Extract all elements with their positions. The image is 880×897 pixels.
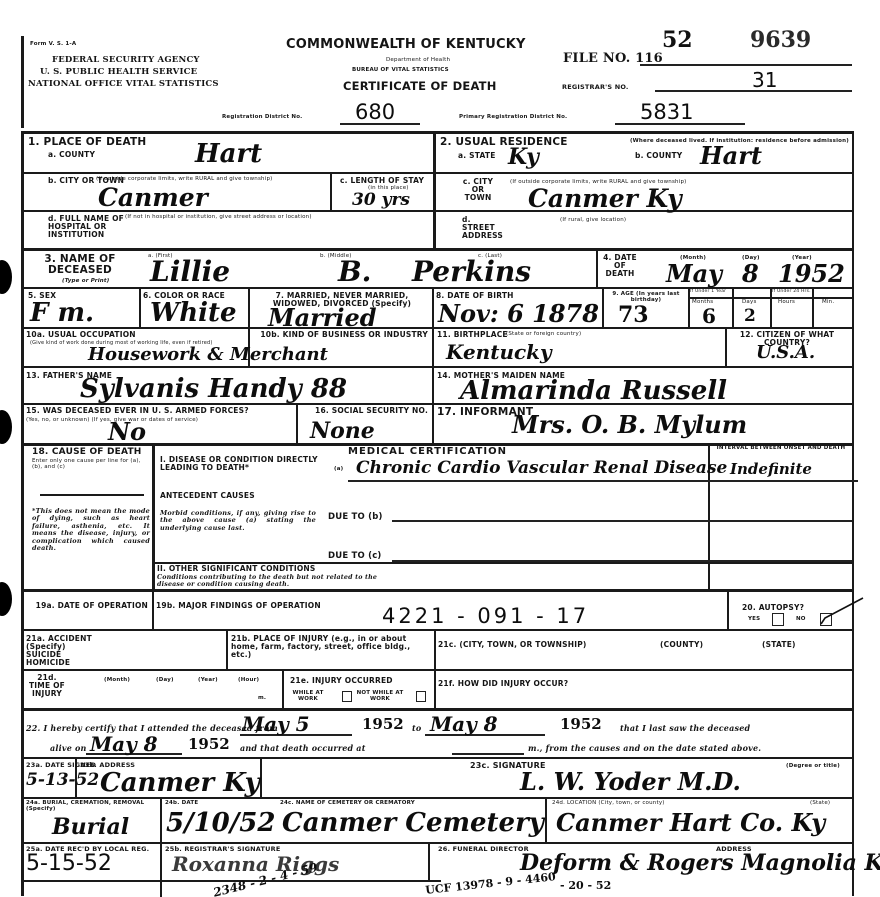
how-injury-label: 21f. HOW DID INJURY OCCUR?: [438, 680, 568, 688]
alive-on-year: 1952: [188, 737, 230, 752]
binder-hole: [0, 582, 12, 616]
registrars-no-label: REGISTRAR'S NO.: [562, 84, 629, 91]
occupation-value: Housework & Merchant: [88, 346, 328, 364]
binder-hole: [0, 410, 12, 444]
sex-value: F m.: [30, 300, 94, 326]
operation-findings-value: 4221 - 091 - 17: [382, 606, 589, 627]
autopsy-yes-checkbox[interactable]: [772, 613, 784, 626]
residence-street-note: (If rural, give location): [560, 218, 626, 224]
state-title: COMMONWEALTH OF KENTUCKY: [286, 38, 526, 52]
cemetery-label: 24c. NAME OF CEMETERY OR CREMATORY: [280, 801, 415, 807]
injury-day-label: (Day): [156, 678, 174, 684]
age-years-value: 73: [618, 304, 649, 326]
death-city-value: Canmer: [98, 185, 208, 210]
not-at-work-checkbox[interactable]: [416, 691, 426, 702]
birthplace-label: 11. BIRTHPLACE: [437, 331, 508, 339]
date-signed-value: 5-13-52: [26, 772, 99, 789]
dob-value: Nov: 6 1878: [438, 302, 599, 326]
min-label: Min.: [822, 300, 834, 306]
autopsy-yes-label: YES: [748, 617, 760, 623]
margin-note: UCF 13978 - 9 - 4460: [425, 871, 556, 896]
name-label-note: (Type or Print): [62, 279, 109, 285]
registration-district-label: Registration District No.: [222, 115, 302, 121]
operation-findings-label: 19b. MAJOR FINDINGS OF OPERATION: [156, 602, 321, 610]
armed-forces-value: No: [108, 420, 146, 444]
antecedent-label: ANTECEDENT CAUSES: [160, 492, 255, 500]
residence-street-label: d. STREET ADDRESS: [462, 216, 502, 240]
marital-value: Married: [268, 306, 377, 330]
attended-to-date: May 8: [430, 714, 498, 734]
margin-note: - 20 - 52: [560, 880, 611, 891]
cause-a-label: (a): [334, 467, 343, 473]
physician-signature: L. W. Yoder M.D.: [520, 770, 741, 794]
location-value: Canmer Hart Co. Ky: [556, 811, 825, 835]
death-month-value: May: [666, 262, 722, 286]
birthplace-note: (State or foreign country): [506, 332, 581, 338]
burial-value: Burial: [52, 816, 129, 838]
business-label: 10b. KIND OF BUSINESS OR INDUSTRY: [252, 331, 428, 339]
date-received-value: 5-15-52: [26, 853, 112, 875]
department: Department of Health: [386, 58, 450, 64]
address-value: Canmer Ky: [100, 770, 260, 796]
residence-city-label: c. CITY OR TOWN: [458, 178, 498, 202]
location-state-label: (State): [810, 801, 830, 807]
place-of-death-label: 1. PLACE OF DEATH: [28, 137, 146, 148]
injury-state-label: (STATE): [762, 641, 796, 649]
burial-date-label: 24b. DATE: [165, 801, 198, 807]
death-county-value: Hart: [195, 141, 262, 167]
county-label: a. COUNTY: [48, 151, 95, 159]
ssn-label: 16. SOCIAL SECURITY NO.: [300, 407, 428, 415]
usual-residence-label: 2. USUAL RESIDENCE: [440, 137, 568, 148]
place-of-injury-label: 21b. PLACE OF INJURY (e.g., in or about …: [231, 635, 431, 659]
under-24-hrs-label: If Under 24 Hrs.: [772, 290, 811, 295]
agency-line: NATIONAL OFFICE VITAL STATISTICS: [28, 80, 219, 89]
residence-state-value: Ky: [508, 146, 539, 168]
age-days-value: 2: [744, 308, 756, 325]
not-at-work-label: NOT WHILE AT WORK: [352, 691, 408, 703]
injury-occurred-label: 21e. INJURY OCCURRED: [290, 677, 393, 685]
bureau: BUREAU OF VITAL STATISTICS: [352, 68, 449, 74]
injury-hour-label: (Hour): [238, 678, 259, 684]
cause-a-value: Chronic Cardio Vascular Renal Disease: [356, 460, 727, 477]
stay-value: 30 yrs: [352, 192, 410, 209]
stamped-year: 52: [662, 27, 693, 53]
injury-year-label: (Year): [198, 678, 218, 684]
death-day-value: 8: [742, 262, 759, 286]
burial-date-value: 5/10/52: [166, 810, 275, 836]
antecedent-note: Morbid conditions, if any, giving rise t…: [160, 510, 316, 532]
informant-value: Mrs. O. B. Mylum: [512, 413, 747, 437]
location-label: 24d. LOCATION (City, town, or county): [552, 801, 665, 807]
cause-note: Enter only one cause per line for (a), (…: [32, 459, 150, 471]
part1-label: I. DISEASE OR CONDITION DIRECTLY LEADING…: [160, 456, 340, 472]
at-work-label: WHILE AT WORK: [288, 691, 328, 703]
stamped-number: 9639: [750, 27, 811, 53]
residence-county-value: Hart: [700, 144, 762, 168]
autopsy-no-checkbox[interactable]: [820, 613, 832, 626]
cemetery-value: Canmer Cemetery: [282, 810, 544, 836]
birthplace-value: Kentucky: [446, 342, 552, 362]
hours-label: Hours: [778, 300, 795, 306]
medical-certification-title: MEDICAL CERTIFICATION: [348, 447, 507, 458]
burial-label: 24a. BURIAL, CREMATION, REMOVAL (Specify…: [26, 801, 156, 813]
attestation-text-2: that I last saw the deceased: [620, 724, 750, 732]
agency-line: FEDERAL SECURITY AGENCY: [52, 56, 200, 65]
residence-county-label: b. COUNTY: [635, 152, 682, 160]
age-months-value: 6: [702, 306, 716, 326]
residence-city-value: Canmer Ky: [528, 186, 682, 211]
days-label: Days: [742, 300, 757, 306]
part2-label: II. OTHER SIGNIFICANT CONDITIONS: [157, 565, 316, 573]
middle-name-value: B.: [338, 258, 371, 286]
due-to-c-label: DUE TO (c): [328, 552, 382, 561]
due-to-b-label: DUE TO (b): [328, 513, 383, 522]
degree-label: (Degree or title): [786, 764, 840, 770]
date-of-death-label: 4. DATE OF DEATH: [600, 254, 640, 278]
time-of-injury-label: 21d. TIME OF INJURY: [26, 674, 68, 698]
attended-to-year: 1952: [560, 717, 602, 732]
race-value: White: [150, 300, 237, 326]
residence-state-label: a. STATE: [458, 152, 496, 160]
ssn-value: None: [310, 420, 375, 442]
first-name-value: Lillie: [150, 258, 230, 286]
registration-district: 680: [355, 102, 395, 123]
attended-from-date: May 5: [242, 714, 310, 734]
accident-label: 21a. ACCIDENT (Specify) SUICIDE HOMICIDE: [26, 635, 96, 667]
institution-note: (If not in hospital or institution, give…: [125, 215, 312, 221]
armed-forces-label: 15. WAS DECEASED EVER IN U. S. ARMED FOR…: [26, 407, 249, 415]
certificate-title: CERTIFICATE OF DEATH: [343, 80, 497, 92]
death-year-value: 1952: [778, 262, 845, 286]
cause-of-death-label: 18. CAUSE OF DEATH: [32, 448, 142, 457]
registrars-no: 31: [752, 70, 777, 90]
funeral-director-label: 26. FUNERAL DIRECTOR: [438, 846, 529, 853]
stay-label: c. LENGTH OF STAY: [340, 177, 424, 185]
operation-date-label: 19a. DATE OF OPERATION: [30, 602, 148, 610]
father-value: Sylvanis Handy 88: [80, 376, 347, 402]
name-label: 3. NAME OF DECEASED: [30, 254, 130, 275]
injury-month-label: (Month): [104, 678, 130, 684]
primary-district-label: Primary Registration District No.: [459, 115, 567, 121]
footnote: *This does not mean the mode of dying, s…: [32, 508, 150, 553]
injury-city-label: 21c. (CITY, TOWN, OR TOWNSHIP): [438, 641, 587, 649]
primary-district: 5831: [640, 102, 693, 123]
form-number: Form V. S. 1-A: [30, 42, 76, 48]
injury-m-label: m.: [258, 696, 266, 702]
autopsy-label: 20. AUTOPSY?: [742, 604, 804, 612]
alive-on-label: alive on: [50, 744, 87, 752]
check-mark-icon: [819, 600, 859, 630]
to-label: to: [412, 724, 421, 732]
binder-hole: [0, 260, 12, 294]
interval-label: INTERVAL BETWEEN ONSET AND DEATH: [716, 446, 846, 452]
citizen-value: U.S.A.: [756, 344, 815, 362]
part2-note: Conditions contributing to the death but…: [157, 575, 397, 588]
mother-value: Almarinda Russell: [460, 378, 727, 404]
interval-a-value: Indefinite: [730, 462, 812, 477]
attended-from-year: 1952: [362, 717, 404, 732]
occupation-label: 10a. USUAL OCCUPATION: [26, 331, 136, 339]
last-name-value: Perkins: [412, 258, 531, 286]
attestation-text-3: and that death occurred at: [240, 744, 366, 752]
autopsy-no-label: NO: [796, 617, 806, 623]
agency-line: U. S. PUBLIC HEALTH SERVICE: [40, 68, 197, 77]
attestation-text-4: m., from the causes and on the date stat…: [528, 744, 761, 752]
injury-county-label: (COUNTY): [660, 641, 703, 649]
under-1-year-label: If Under 1 Year: [690, 290, 726, 295]
city-note: (If outside corporate limits, write RURA…: [96, 177, 272, 183]
alive-on-date: May 8: [90, 734, 158, 754]
at-work-checkbox[interactable]: [342, 691, 352, 702]
funeral-director-value: Deform & Rogers Magnolia Ky: [520, 852, 880, 874]
